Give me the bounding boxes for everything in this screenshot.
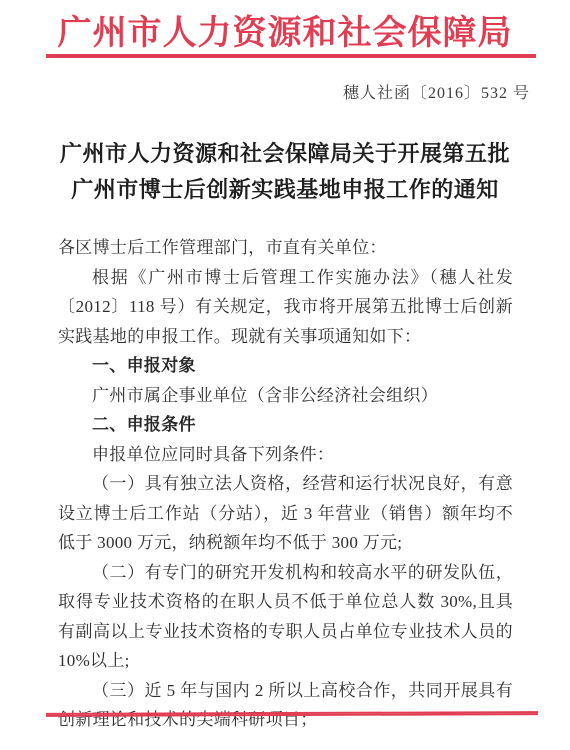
document-page: 广州市人力资源和社会保障局 穗人社函〔2016〕532 号 广州市人力资源和社会… xyxy=(0,0,570,750)
condition-3: （三）近 5 年与国内 2 所以上高校合作，共同开展具有创新理论和技术的尖端科研… xyxy=(58,676,513,735)
letterhead-title: 广州市人力资源和社会保障局 xyxy=(0,5,570,54)
section-2-heading: 二、申报条件 xyxy=(58,410,513,440)
condition-1: （一）具有独立法人资格，经营和运行状况良好，有意设立博士后工作站（分站），近 3… xyxy=(58,469,513,558)
letterhead-divider xyxy=(46,54,536,58)
document-number: 穗人社函〔2016〕532 号 xyxy=(343,80,530,103)
section-1-content: 广州市属企事业单位（含非公经济社会组织） xyxy=(58,381,513,411)
document-title: 广州市人力资源和社会保障局关于开展第五批 广州市博士后创新实践基地申报工作的通知 xyxy=(28,136,542,208)
section-2-intro: 申报单位应同时具备下列条件： xyxy=(58,440,513,470)
document-title-line2: 广州市博士后创新实践基地申报工作的通知 xyxy=(71,177,499,202)
document-title-line1: 广州市人力资源和社会保障局关于开展第五批 xyxy=(60,141,510,166)
section-1-heading: 一、申报对象 xyxy=(58,351,513,381)
salutation: 各区博士后工作管理部门，市直有关单位： xyxy=(58,233,513,263)
intro-paragraph: 根据《广州市博士后管理工作实施办法》（穗人社发〔2012〕118 号）有关规定，… xyxy=(58,263,513,352)
document-body: 各区博士后工作管理部门，市直有关单位：根据《广州市博士后管理工作实施办法》（穗人… xyxy=(58,233,513,735)
condition-2: （二）有专门的研究开发机构和较高水平的研发队伍，取得专业技术资格的在职人员不低于… xyxy=(58,558,513,676)
